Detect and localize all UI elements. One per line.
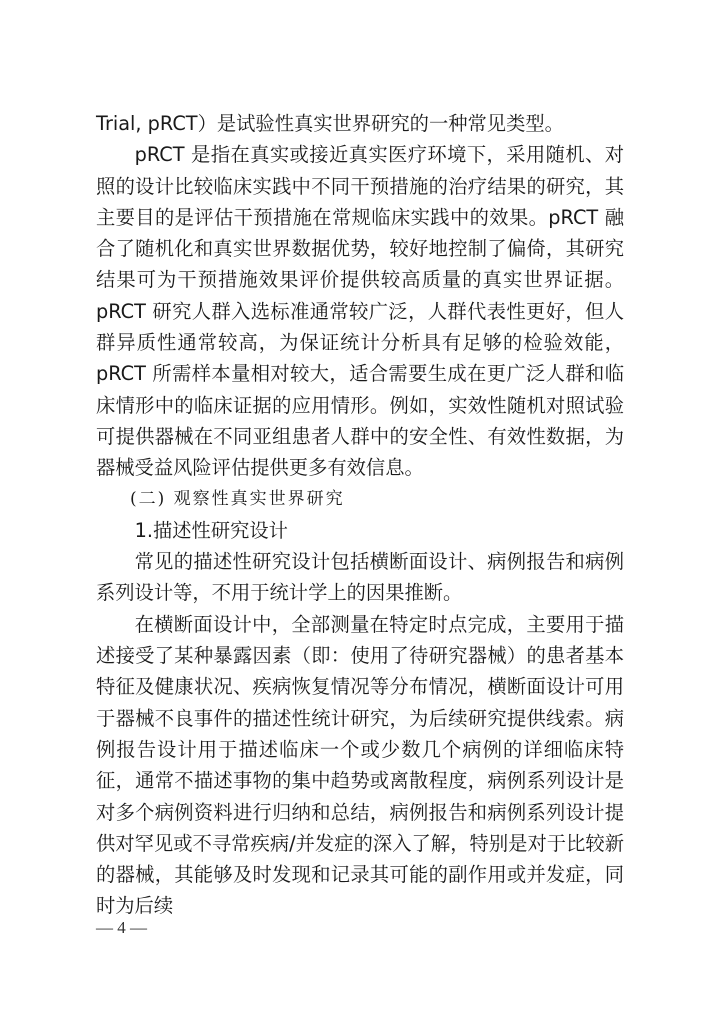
section-heading-observational-rws: (二) 观察性真实世界研究 [96, 484, 624, 515]
page-number: — 4 — [96, 918, 147, 938]
document-page: Trial, pRCT）是试验性真实世界研究的一种常见类型。 pRCT 是指在真… [0, 0, 720, 1018]
paragraph-cross-sectional: 在横断面设计中，全部测量在特定时点完成，主要用于描述接受了某种暴露因素（即：使用… [96, 609, 624, 922]
paragraph-prct-definition: pRCT 是指在真实或接近真实医疗环境下，采用随机、对照的设计比较临床实践中不同… [96, 139, 624, 483]
paragraph-continuation: Trial, pRCT）是试验性真实世界研究的一种常见类型。 [96, 108, 624, 139]
paragraph-descriptive-designs: 常见的描述性研究设计包括横断面设计、病例报告和病例系列设计等，不用于统计学上的因… [96, 546, 624, 609]
subsection-heading-descriptive-design: 1.描述性研究设计 [96, 515, 624, 546]
document-body: Trial, pRCT）是试验性真实世界研究的一种常见类型。 pRCT 是指在真… [96, 108, 624, 922]
